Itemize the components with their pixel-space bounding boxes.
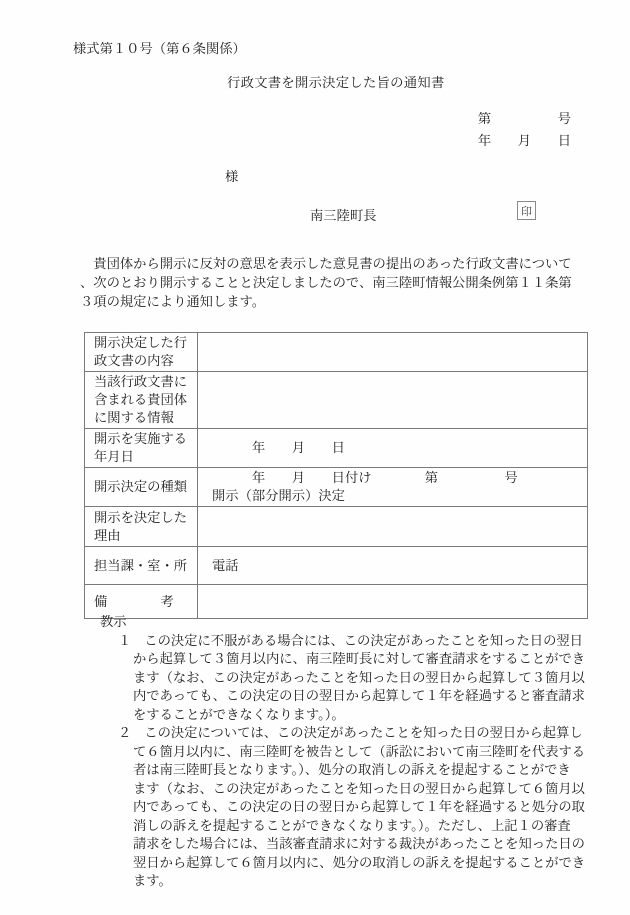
notice-line: をすることができなくなります。）。 xyxy=(133,706,630,725)
body-paragraph: 貴団体から開示に反対の意思を表示した意見書の提出のあった行政文書について 、次の… xyxy=(80,254,572,311)
notice-line: て６箇月以内に、南三陸町を被告として（訴訟において南三陸町を代表する xyxy=(133,743,630,762)
body-line: 貴団体から開示に反対の意思を表示した意見書の提出のあった行政文書について xyxy=(80,254,572,273)
notice-line: 内であっても、この決定の日の翌日から起算して１年を経過すると審査請求 xyxy=(133,687,630,706)
notice-line: 翌日から起算して６箇月以内に、処分の取消しの訴えを提起することができ xyxy=(133,854,630,873)
row-value-disclosure-date: 年 月 日 xyxy=(198,429,588,468)
notice-line: １この決定に不服がある場合には、この決定があったことを知った日の翌日 xyxy=(118,632,630,651)
document-meta: 第 号 年 月 日 xyxy=(478,108,571,152)
notice-item-2: ２この決定については、この決定があったことを知った日の翌日から起算し て６箇月以… xyxy=(133,724,630,891)
document-title: 行政文書を開示決定した旨の通知書 xyxy=(227,72,445,91)
table-row: 開示を決定した理由 xyxy=(85,507,588,547)
row-label-document-content: 開示決定した行政文書の内容 xyxy=(85,333,198,372)
document-number-line: 第 号 xyxy=(478,108,571,130)
table-row: 担当課・室・所 電話 xyxy=(85,547,588,585)
notice-line: 内であっても、この決定の日の翌日から起算して１年を経過すると処分の取 xyxy=(133,798,630,817)
body-line: 、次のとおり開示することと決定しましたので、南三陸町情報公開条例第１１条第 xyxy=(80,273,572,292)
row-value-decision-reason xyxy=(198,507,588,547)
notice-line-text: この決定に不服がある場合には、この決定があったことを知った日の翌日 xyxy=(144,633,583,648)
decision-type-kind-line: 開示（部分開示）決定 xyxy=(212,487,581,505)
row-label-decision-reason: 開示を決定した理由 xyxy=(85,507,198,547)
table-row: 開示決定した行政文書の内容 xyxy=(85,333,588,372)
addressee-honorific: 様 xyxy=(225,166,238,185)
item-number: ２ xyxy=(118,725,131,740)
row-label-org-information: 当該行政文書に含まれる貴団体に関する情報 xyxy=(85,372,198,429)
row-value-document-content xyxy=(198,333,588,372)
notice-line: 者は南三陸町長となります。）、処分の取消しの訴えを提起することができ xyxy=(133,761,630,780)
form-number: 様式第１０号（第６条関係） xyxy=(73,38,246,57)
body-line: ３項の規定により通知します。 xyxy=(80,292,572,311)
row-value-section-phone: 電話 xyxy=(198,547,588,585)
row-value-decision-type: 年 月 日付け 第 号 開示（部分開示）決定 xyxy=(198,468,588,507)
disclosure-table: 開示決定した行政文書の内容 当該行政文書に含まれる貴団体に関する情報 開示を実施… xyxy=(84,332,588,619)
sender-title: 南三陸町長 xyxy=(310,205,376,224)
notice-line: ます（なお、この決定があったことを知った日の翌日から起算して３箇月以 xyxy=(133,669,630,688)
notice-line: ます（なお、この決定があったことを知った日の翌日から起算して６箇月以 xyxy=(133,780,630,799)
notice-item-1: １この決定に不服がある場合には、この決定があったことを知った日の翌日 から起算し… xyxy=(133,632,630,725)
document-date-line: 年 月 日 xyxy=(478,130,571,152)
notice-line: から起算して３箇月以内に、南三陸町長に対して審査請求をすることができ xyxy=(133,650,630,669)
notice-line: ２この決定については、この決定があったことを知った日の翌日から起算し xyxy=(118,724,630,743)
item-number: １ xyxy=(118,633,131,648)
table-row: 当該行政文書に含まれる貴団体に関する情報 xyxy=(85,372,588,429)
row-label-section-in-charge: 担当課・室・所 xyxy=(85,547,198,585)
row-label-decision-type: 開示決定の種類 xyxy=(85,468,198,507)
seal-stamp: 印 xyxy=(517,201,536,220)
appeal-notice-section: 教示 １この決定に不服がある場合には、この決定があったことを知った日の翌日 から… xyxy=(0,613,630,891)
decision-type-date-line: 年 月 日付け 第 号 xyxy=(212,469,581,487)
row-label-disclosure-date: 開示を実施する年月日 xyxy=(85,429,198,468)
table-row: 開示を実施する年月日 年 月 日 xyxy=(85,429,588,468)
document-page: 様式第１０号（第６条関係） 行政文書を開示決定した旨の通知書 第 号 年 月 日… xyxy=(0,0,630,915)
notice-line-text: この決定については、この決定があったことを知った日の翌日から起算し xyxy=(144,725,582,740)
notice-line: 消しの訴えを提起することができなくなります。）。ただし、上記１の審査 xyxy=(133,817,630,836)
notice-line: ます。 xyxy=(133,872,630,891)
notice-line: 請求をした場合には、当該審査請求に対する裁決があったことを知った日の xyxy=(133,835,630,854)
table-row: 開示決定の種類 年 月 日付け 第 号 開示（部分開示）決定 xyxy=(85,468,588,507)
notice-heading: 教示 xyxy=(100,613,630,632)
row-value-org-information xyxy=(198,372,588,429)
